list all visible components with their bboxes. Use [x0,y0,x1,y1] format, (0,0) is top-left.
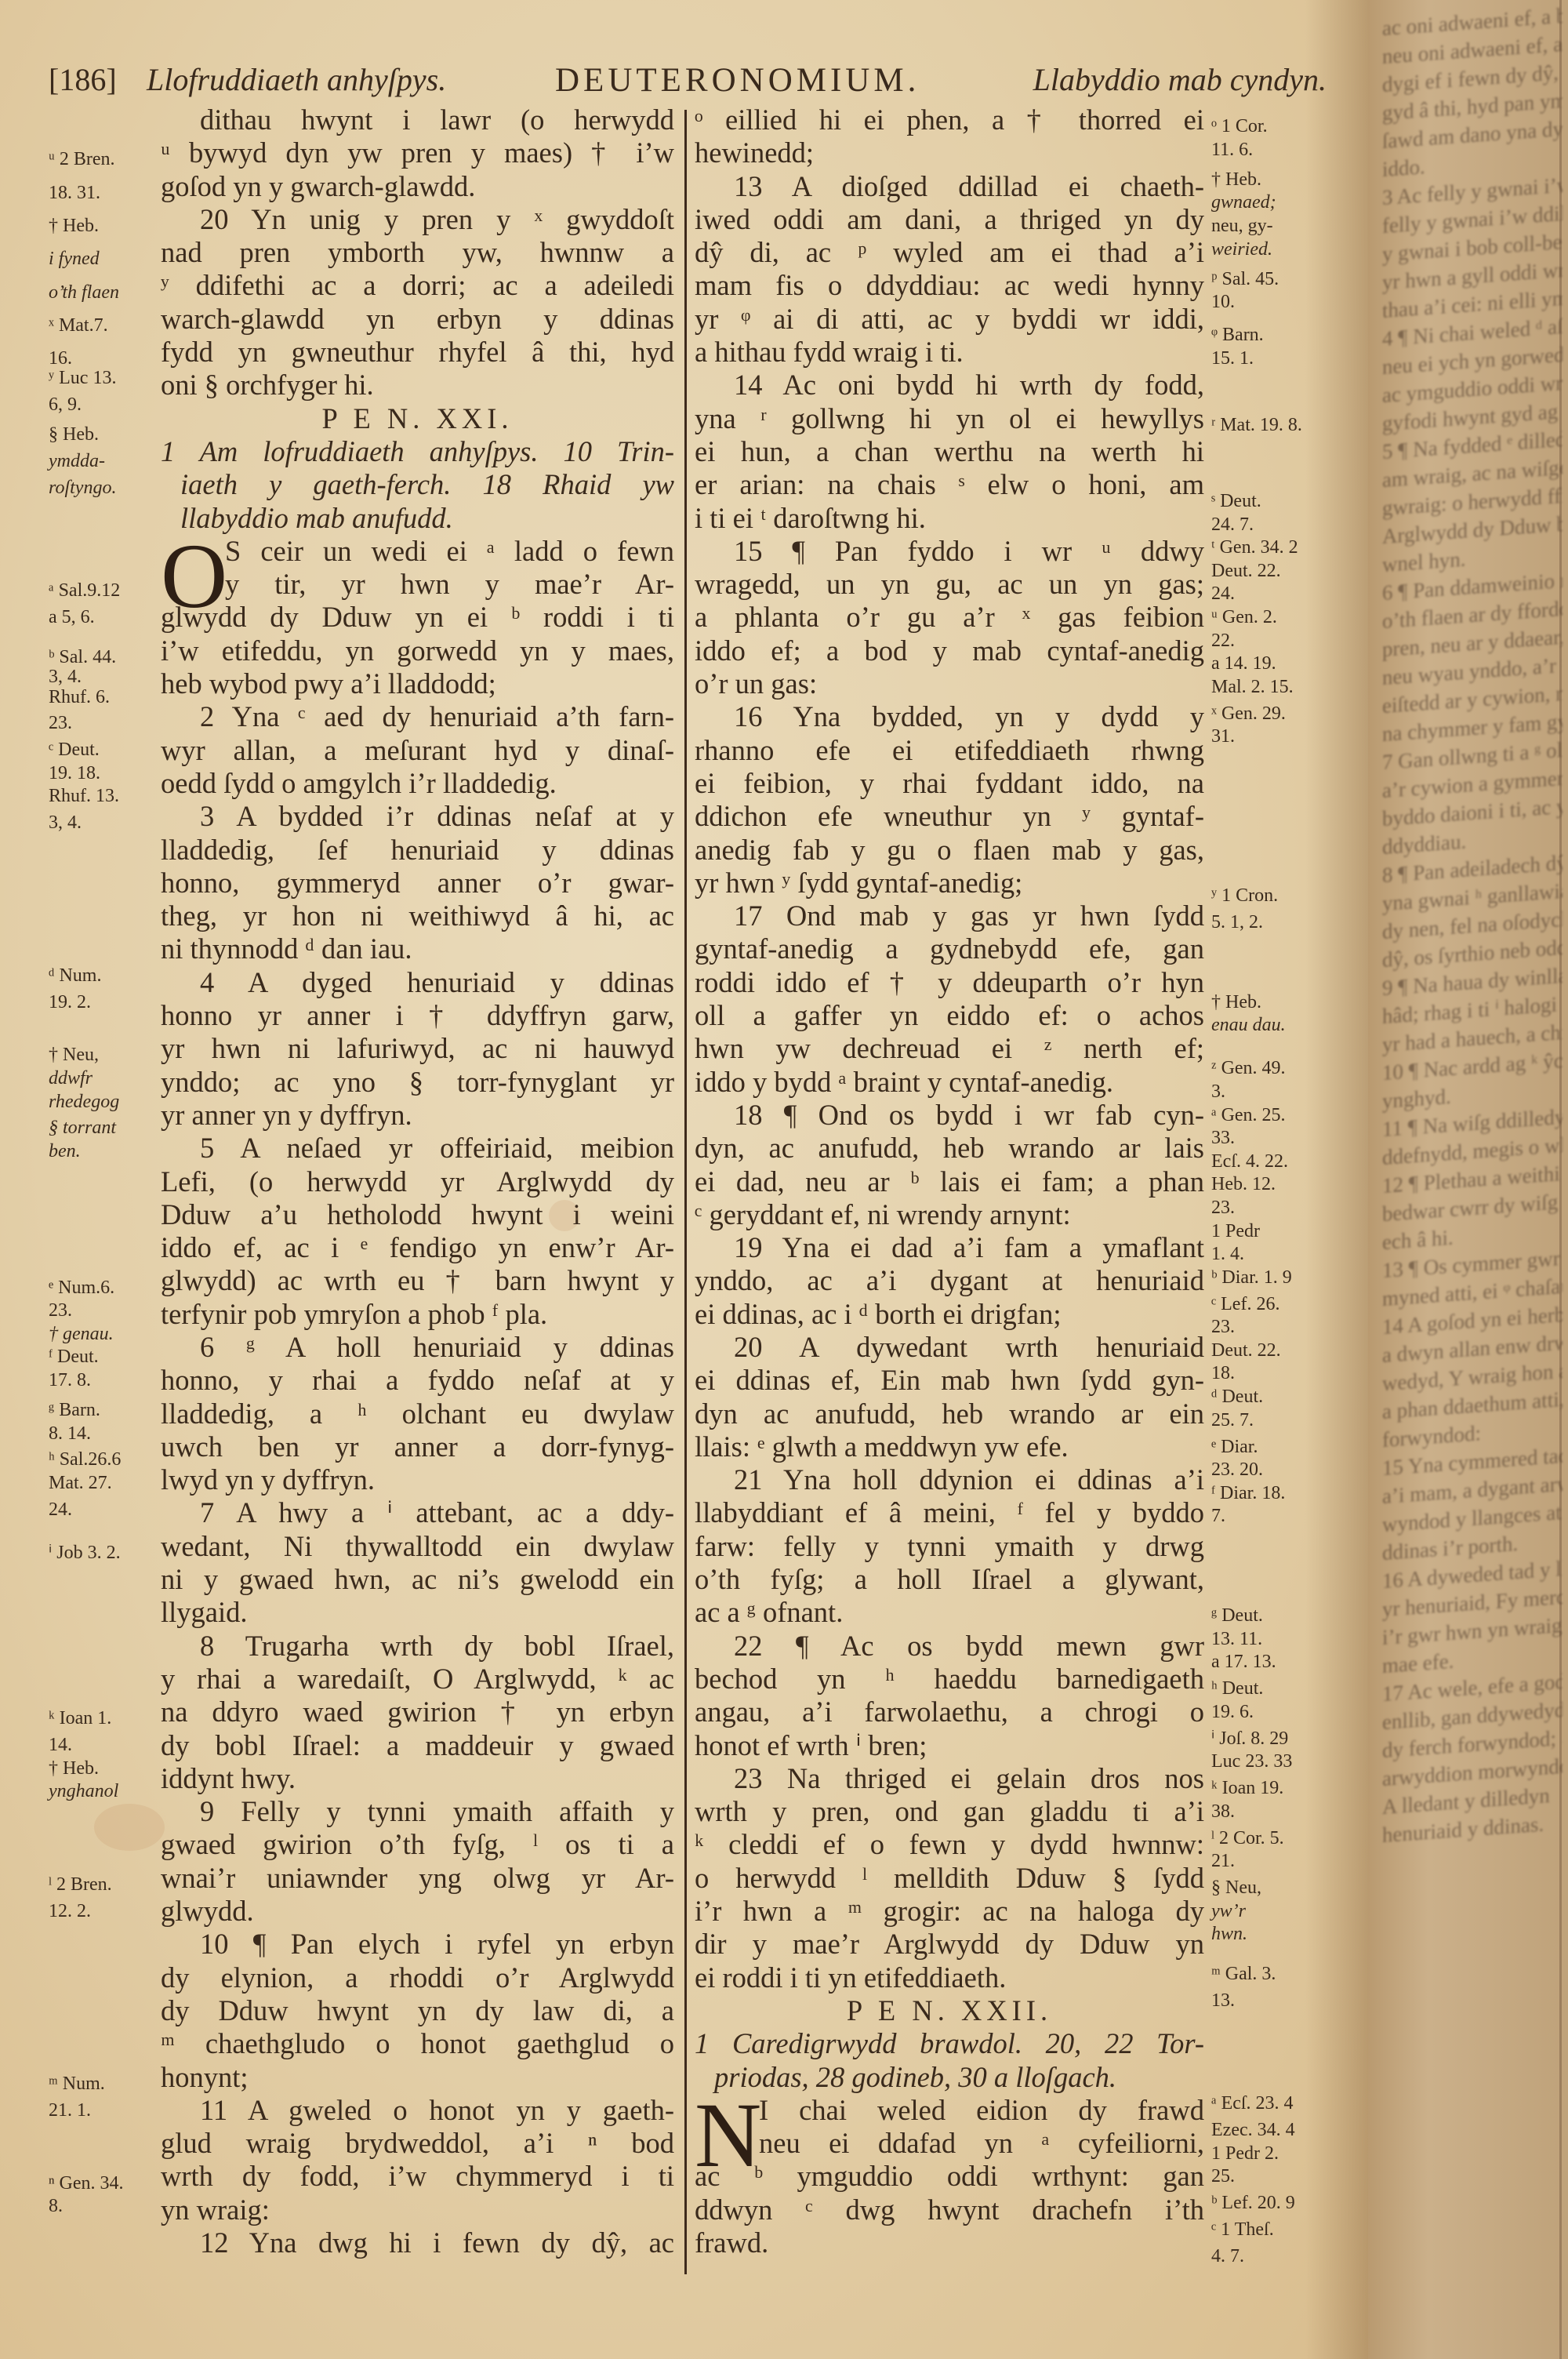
verse-line: ᵏ cleddi ef o fewn y dydd hwnnw: [695,1828,1204,1861]
verse-line: honno, y rhai a fyddo neſaf at y [161,1364,674,1397]
verse-line: wyr allan, a meſurant hyd y dinaſ- [161,734,674,767]
verse-line: glwydd. [161,1895,674,1928]
verse-line: 7 A hwy a ⁱ attebant, ac a ddy- [161,1496,674,1529]
verse-line: glwydd dy Dduw yn ei ᵇ roddi i ti [161,601,674,634]
facing-page-rule [1559,0,1562,2359]
cross-reference-note: 31. [1211,720,1235,753]
left-text-column: dithau hwynt i lawr (o herwyddᵘ bywyd dy… [161,104,674,2259]
verse-line: iddynt hwy. [161,1762,674,1795]
verse-line: mam fis o ddyddiau: ac wedi hynny [695,269,1204,302]
verse-line: neu ei ddafad yn ᵃ cyfeiliorni, [695,2127,1204,2160]
verse-line: honynt; [161,2061,674,2094]
cross-reference-note: o’th flaen [49,276,119,309]
verse-line: heb wybod pwy a’i lladdodd; [161,667,674,700]
verse-line: wrth dy fodd, i’w chymmeryd i ti [161,2160,674,2193]
verse-line: oni § orchfyger hi. [161,369,674,402]
verse-line: 22 ¶ Ac os bydd mewn gwr [695,1630,1204,1663]
verse-line: 19 Yna ei dad a’i fam a ymaflant [695,1231,1204,1264]
verse-line: ei dad, neu ar ᵇ lais ei fam; a phan [695,1165,1204,1198]
verse-line: ei ddinas, ac i ᵈ borth ei drigfan; [695,1298,1204,1331]
verse-line: honot ef wrth ⁱ bren; [695,1729,1204,1762]
verse-line: a hithau fydd wraig i ti. [695,336,1204,369]
verse-line: lladdedig, ſef henuriaid y ddinas [161,834,674,867]
verse-line: rhanno efe ei etifeddiaeth rhwng [695,734,1204,767]
cross-reference-note: 19. 2. [49,986,91,1019]
verse-line: o herwydd ˡ melldith Dduw § ſydd [695,1862,1204,1895]
verse-line: roddi iddo ef † y ddeuparth o’r hyn [695,966,1204,999]
verse-line: honno yr anner i † ddyffryn garw, [161,999,674,1032]
cross-reference-note: a 5, 6. [49,601,95,634]
verse-line: na ddyro waed gwirion † yn erbyn [161,1696,674,1728]
verse-line: hwn yw dechreuad ei ᶻ nerth ef; [695,1032,1204,1065]
verse-line: ynddo, ac a’i dygant at henuriaid [695,1264,1204,1297]
verse-line: 20 Yn unig y pren y ˣ gwyddoſt [161,203,674,236]
cross-reference-note: roſtyngo. [49,471,116,504]
verse-line: ddwyn ᶜ dwg hwynt drachefn i’th [695,2194,1204,2226]
verse-line: yn wraig: [161,2194,674,2226]
verse-line: nad pren ymborth yw, hwnnw a [161,236,674,269]
verse-line: o’r un gas: [695,667,1204,700]
cross-reference-note: ben. [49,1135,81,1168]
verse-line: theg, yr hon ni weithiwyd â hi, ac [161,900,674,932]
verse-line: wrth y pren, ond gan gladdu ti a’i [695,1795,1204,1828]
verse-line: 12 Yna dwg hi i fewn dy dŷ, ac [161,2226,674,2259]
verse-line: warch-glawdd yn erbyn y ddinas [161,303,674,336]
verse-line: hewinedd; [695,136,1204,169]
verse-line: ʸ ddifethi ac a dorri; ac a adeiledi [161,269,674,302]
verse-line: uwch ben yr anner a dorr-fynyg- [161,1430,674,1463]
cross-reference-note: 5. 1, 2. [1211,906,1263,939]
verse-line: goſod yn y gwarch-glawdd. [161,170,674,203]
cross-reference-note: 6, 9. [49,388,82,421]
verse-line: iwed oddi am dani, a thriged yn dy [695,203,1204,236]
verse-line: ᶜ geryddant ef, ni wrendy arnynt: [695,1198,1204,1231]
chapter-heading: P E N. XXII. [695,1994,1204,2027]
verse-line: angau, a’i farwolaethu, a chrogi o [695,1696,1204,1728]
cross-reference-note: enau dau. [1211,1009,1286,1041]
verse-line: 21 Yna holl ddynion ei ddinas a’i [695,1463,1204,1496]
verse-line: oll a gaffer yn eiddo ef: o achos [695,999,1204,1032]
cross-reference-note: weiried. [1211,233,1272,266]
cross-reference-note: 18. 31. [49,176,100,209]
verse-line: oedd ſydd o amgylch i’r lladdedig. [161,767,674,800]
verse-line: ei feibion, y rhai fyddant iddo, na [695,767,1204,800]
cross-reference-note: 17. 8. [49,1364,91,1397]
verse-line: dy elynion, a rhoddi o’r Arglwydd [161,1961,674,1994]
verse-line: wragedd, un yn gu, ac un yn gas; [695,568,1204,601]
verse-line: ni y gwaed hwn, ac ni’s gwelodd ein [161,1563,674,1596]
verse-line: ni thynnodd ᵈ dan iau. [161,932,674,965]
facing-page-edge: ac oni adwaeni ef, a byddoneu oni adwaen… [1368,0,1568,2359]
cross-reference-note: 24. [49,1493,72,1526]
running-title-right: Llabyddio mab cyndyn. [1033,61,1327,98]
cross-reference-note: 8. [49,2190,63,2223]
verse-line: farw: felly y tynni ymaith y drwg [695,1530,1204,1563]
verse-line: a phlanta o’r gu a’r ˣ gas feibion [695,601,1204,634]
drop-cap-initial: N [695,2089,761,2182]
verse-line: 4 A dyged henuriaid y ddinas [161,966,674,999]
paper-stain [94,1804,165,1851]
verse-line: Lefi, (o herwydd yr Arglwydd dy [161,1165,674,1198]
verse-line: dyn, ac anufudd, heb wrando ar lais [695,1132,1204,1165]
verse-line: ᵐ chaethgludo o honot gaethglud o [161,2027,674,2060]
verse-line: ei hun, a chan werthu na werth hi [695,435,1204,468]
chapter-summary-line: priodas, 28 godineb, 30 a lloſgach. [695,2061,1204,2094]
verse-line: 15 ¶ Pan fyddo i wr ᵘ ddwy [695,535,1204,568]
verse-line: ynddo; ac yno § torr-fynyglant yr [161,1066,674,1099]
cross-reference-note: † Heb. [49,209,99,242]
verse-line: 2 Yna ᶜ aed dy henuriaid a’th farn- [161,700,674,733]
cross-reference-note: ⁱ Job 3. 2. [49,1536,121,1569]
running-title-left: Llofruddiaeth anhyſpys. [147,61,446,98]
cross-reference-note: ˣ Mat.7. [49,309,108,342]
drop-cap-initial: O [161,530,227,623]
verse-line: fydd yn gwneuthur rhyfel â thi, hyd [161,336,674,369]
verse-line: 3 A bydded i’r ddinas neſaf at y [161,800,674,833]
verse-line: ᵘ bywyd dyn yw pren y maes) † i’w [161,136,674,169]
cross-reference-note: ᵘ 2 Bren. [49,143,115,176]
verse-line: gwaed gwirion o’th fyſg, ˡ os ti a [161,1828,674,1861]
verse-line: o’th fyſg; a holl Iſrael a glywant, [695,1563,1204,1596]
right-text-column: ᵒ eillied hi ei phen, a † thorred eihewi… [695,104,1204,2259]
chapter-summary-line: 1 Am lofruddiaeth anhyſpys. 10 Trin- [161,435,674,468]
verse-line: ddichon efe wneuthur yn ʸ gyntaf- [695,800,1204,833]
book-title: DEUTERONOMIUM. [555,61,920,100]
verse-line: i ti ei ᵗ daroſtwng hi. [695,502,1204,535]
verse-line: ac a ᵍ ofnant. [695,1596,1204,1629]
verse-line: yr anner yn y dyffryn. [161,1099,674,1132]
verse-line: I chai weled eidion dy frawd [695,2094,1204,2127]
cross-reference-note: 15. 1. [1211,342,1254,375]
cross-reference-note: 10. [1211,285,1235,318]
verse-line: 16 Yna bydded, yn y dydd y [695,700,1204,733]
verse-line: honno, gymmeryd anner o’r gwar- [161,867,674,900]
verse-line: 5 A neſaed yr offeiriaid, meibion [161,1132,674,1165]
verse-line: 13 A dioſged ddillad ei chaeth- [695,170,1204,203]
verse-line: dy Dduw hwynt yn dy law di, a [161,1994,674,2027]
bible-page: [186] Llofruddiaeth anhyſpys. DEUTERONOM… [0,0,1368,2359]
chapter-heading: P E N. XXI. [161,402,674,435]
verse-line: 11 A gweled o honot yn y gaeth- [161,2094,674,2127]
verse-line: 23 Na thriged ei gelain dros nos [695,1762,1204,1795]
verse-line: yr ᵠ ai di atti, ac y byddi wr iddi, [695,303,1204,336]
verse-line: i’r hwn a ᵐ grogir: ac na haloga dy [695,1895,1204,1928]
verse-line: ᵒ eillied hi ei phen, a † thorred ei [695,104,1204,136]
verse-line: iddo ef, ac i ᵉ fendigo yn enw’r Ar- [161,1231,674,1264]
verse-line: er arian: na chais ˢ elw o honi, am [695,468,1204,501]
cross-reference-note: 7. [1211,1499,1225,1532]
verse-line: yna ʳ gollwng hi yn ol ei hewyllys [695,402,1204,435]
verse-line: 17 Ond mab y gas yr hwn ſydd [695,900,1204,932]
chapter-summary-line: llabyddio mab anufudd. [161,502,674,535]
verse-line: yr hwn ʸ ſydd gyntaf-anedig; [695,867,1204,900]
verse-line: yr hwn ni lafuriwyd, ac ni hauwyd [161,1032,674,1065]
chapter-summary-line: 1 Caredigrwydd brawdol. 20, 22 Tor- [695,2027,1204,2060]
verse-line: llygaid. [161,1596,674,1629]
column-divider [684,110,687,2274]
verse-line: dyn ac anufudd, heb wrando ar ein [695,1398,1204,1430]
cross-reference-note: hwn. [1211,1917,1247,1950]
verse-line: iddo y bydd ᵃ braint y cyntaf-anedig. [695,1066,1204,1099]
cross-reference-note: ʳ Mat. 19. 8. [1211,409,1302,442]
verse-line: 10 ¶ Pan elych i ryfel yn erbyn [161,1928,674,1961]
verse-line: ei roddi i ti yn etifeddiaeth. [695,1961,1204,1994]
verse-line: lladdedig, a ʰ olchant eu dwylaw [161,1398,674,1430]
verse-line: anedig fab y gu o flaen mab y gas, [695,834,1204,867]
verse-line: y rhai a waredaiſt, O Arglwydd, ᵏ ac [161,1663,674,1696]
running-head: [186] Llofruddiaeth anhyſpys. DEUTERONOM… [49,61,1327,108]
verse-line: i’w etifeddu, yn gorwedd yn y maes, [161,634,674,667]
verse-line: 18 ¶ Ond os bydd i wr fab cyn- [695,1099,1204,1132]
cross-reference-note: 11. 6. [1211,133,1253,166]
verse-line: ei ddinas ef, Ein mab hwn ſydd gyn- [695,1364,1204,1397]
verse-line: y tir, yr hwn y mae’r Ar- [161,568,674,601]
verse-line: 20 A dywedant wrth henuriaid [695,1331,1204,1364]
cross-reference-note: ynghanol [49,1775,118,1808]
verse-line: llabyddiant ef â meini, ᶠ fel y byddo [695,1496,1204,1529]
verse-line: frawd. [695,2226,1204,2259]
cross-reference-note: i fyned [49,242,100,275]
verse-line: 6 ᵍ A holl henuriaid y ddinas [161,1331,674,1364]
verse-line: dy bobl Iſrael: a maddeuir y gwaed [161,1729,674,1762]
verse-line: wnai’r uniawnder yng olwg yr Ar- [161,1862,674,1895]
verse-line: iddo ef; a bod y mab cyntaf-anedig [695,634,1204,667]
cross-reference-note: 12. 2. [49,1895,91,1928]
verse-line: 8 Trugarha wrth dy bobl Iſrael, [161,1630,674,1663]
cross-reference-note: 3, 4. [49,806,82,839]
verse-line: 14 Ac oni bydd hi wrth dy fodd, [695,369,1204,402]
verse-line: ac ᵇ ymguddio oddi wrthynt: gan [695,2160,1204,2193]
verse-line: S ceir un wedi ei ᵃ ladd o fewn [161,535,674,568]
verse-line: Dduw a’u hetholodd hwynt i weini [161,1198,674,1231]
cross-reference-note: 13. [1211,1984,1235,2017]
chapter-summary-line: iaeth y gaeth-ferch. 18 Rhaid yw [161,468,674,501]
verse-line: glud wraig brydweddol, a’i ⁿ bod [161,2127,674,2160]
verse-line: gyntaf-anedig a gydnebydd efe, gan [695,932,1204,965]
verse-line: glwydd) ac wrth eu † barn hwynt y [161,1264,674,1297]
facing-page-text: ac oni adwaeni ef, a byddoneu oni adwaen… [1382,2,1563,1849]
verse-line: dithau hwynt i lawr (o herwydd [161,104,674,136]
page-number: [186] [49,61,117,98]
verse-line: bechod yn ʰ haeddu barnedigaeth [695,1663,1204,1696]
verse-line: 9 Felly y tynni ymaith affaith y [161,1795,674,1828]
verse-line: dŷ di, ac ᵖ wyled am ei thad a’i [695,236,1204,269]
verse-line: dir y mae’r Arglwydd dy Dduw yn [695,1928,1204,1961]
verse-line: terfynir pob ymryſon a phob ᶠ pla. [161,1298,674,1331]
verse-line: llais: ᵉ glwth a meddwyn yw efe. [695,1430,1204,1463]
cross-reference-note: 21. 1. [49,2094,91,2127]
cross-reference-note: 4. 7. [1211,2240,1244,2273]
verse-line: lwyd yn y dyffryn. [161,1463,674,1496]
verse-line: wedant, Ni thywalltodd ein dwylaw [161,1530,674,1563]
